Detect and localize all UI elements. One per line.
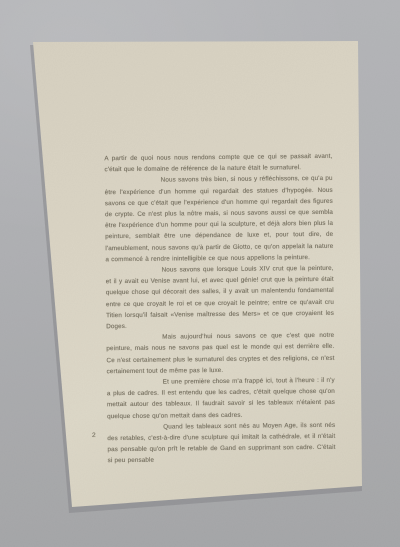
paper-page: A partir de quoi nous nous rendons compt… (0, 0, 400, 547)
paragraph: Mais aujourd'hui nous savons ce que c'es… (106, 330, 334, 377)
paragraph: A partir de quoi nous nous rendons compt… (104, 151, 332, 176)
paragraph: Nous savons que lorsque Louis XIV crut q… (106, 263, 335, 333)
page-number: 2 (92, 432, 96, 439)
paragraph: Et une première chose m'a frappé ici, to… (107, 375, 335, 422)
paragraph: Quand les tableaux sont nés au Moyen Age… (107, 420, 335, 467)
photo-background: A partir de quoi nous nous rendons compt… (0, 0, 400, 547)
paragraph: Nous savons très bien, si nous y réfléch… (105, 173, 334, 265)
body-text: A partir de quoi nous nous rendons compt… (104, 151, 335, 467)
